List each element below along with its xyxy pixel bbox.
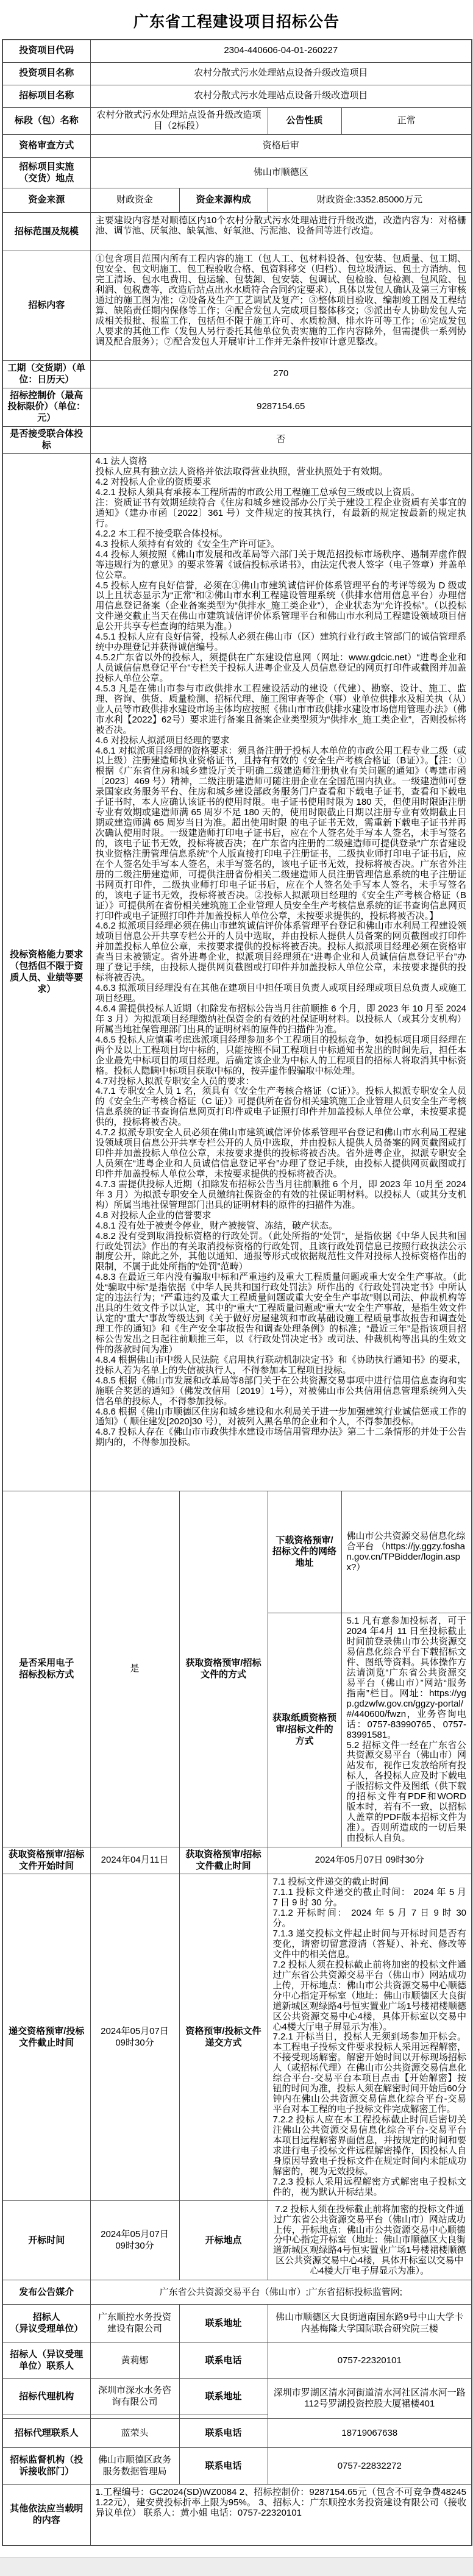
value-other-content: 1.工程编号：GC2024(SD)WZ0084 2、招标控制价：9287154.… (90, 2485, 472, 2546)
label-obtain-end-time: 获取资格预审/招标文件截止时间 (179, 1847, 268, 1874)
value-tenderer-phone: 0757-22320101 (268, 2342, 472, 2379)
label-opening-time: 开标时间 (2, 2201, 90, 2280)
value-agency: 深圳市深水水务咨询有限公司 (90, 2379, 179, 2414)
value-fund-composition: 财政资金:3352.85000万元 (268, 188, 472, 213)
value-opening-place: 7.2 投标人须在投标截止前将加密的投标文件通过广东省公共资源交易平台（佛山市）… (268, 2201, 472, 2280)
label-fund-composition: 资金来源构成 (179, 188, 268, 213)
label-fund-source: 资金来源 (2, 188, 90, 213)
value-agency-address: 深圳市罗湖区清水河街道清水河社区清水河一路112号罗湖投资控股大厦裙楼401 (268, 2379, 472, 2419)
value-tender-name: 农村分散式污水处理站点设备升级改造项目 (90, 85, 472, 107)
value-fund-source: 财政资金 (90, 188, 179, 213)
value-obtain-start-time: 2024年04月11日 (90, 1847, 179, 1874)
value-qualification-review: 资格后审 (90, 135, 472, 158)
table-row: 招标项目实施 （交货）地点 佛山市顺德区 (2, 158, 472, 188)
tender-announcement-table: 投资项目代码 2304-440606-04-01-260227 投资项目名称 农… (2, 39, 472, 2546)
value-download-url: 佛山市公共资源交易信息化综合平台 （https://jy.ggzy.foshan… (341, 1491, 472, 1613)
value-invest-name: 农村分散式污水处理站点设备升级改造项目 (90, 62, 472, 85)
label-electronic-bidding: 是否采用电子 招标投标方式 (2, 1491, 90, 1847)
table-row: 投标资格能力要求（包括但不限于资质人员、业绩等要求） 4.1 法人资格 投标人应… (2, 454, 472, 1491)
label-tender-name: 招标项目名称 (2, 85, 90, 107)
label-consortium: 是否接受联合体投标 (2, 426, 90, 454)
table-row: 资金来源 财政资金 资金来源构成 财政资金:3352.85000万元 (2, 188, 472, 213)
table-row: 发布公告媒介 广东省公共资源交易平台（佛山市）;广东省招标投标监管网; (2, 2280, 472, 2305)
label-tenderer-contact: 招标人（异议受理单位）联系人 (2, 2342, 90, 2379)
table-row: 招标项目名称 农村分散式污水处理站点设备升级改造项目 (2, 85, 472, 107)
label-scope: 招标范围及规模 (2, 213, 90, 251)
table-row: 招标代理机构 深圳市深水水务咨询有限公司 联系地址 深圳市罗湖区清水河街道清水河… (2, 2379, 472, 2414)
label-tender-content: 招标内容 (2, 251, 90, 361)
value-announcement-media: 广东省公共资源交易平台（佛山市）;广东省招标投标监管网; (90, 2280, 472, 2305)
value-duration: 270 (90, 361, 472, 388)
label-agency-phone: 联系电话 (179, 2419, 268, 2448)
table-row: 获取资格预审/招标文件开始时间 2024年04月11日 获取资格预审/招标文件截… (2, 1847, 472, 1874)
value-obtain-end-time: 2024年05月07日 09时30分 (268, 1847, 472, 1874)
table-row: 招标代理联系人 蓝荣头 联系电话 18719067638 (2, 2419, 472, 2448)
value-agency-contact: 蓝荣头 (90, 2419, 179, 2448)
label-submit-deadline: 递交资格预审/投标文件截止时间 (2, 1874, 90, 2201)
value-section-name: 农村分散式污水处理站点设备升级改造项目（2标段） (90, 107, 268, 135)
table-row: 标段（包）名称 农村分散式污水处理站点设备升级改造项目（2标段） 公告性质 正常 (2, 107, 472, 135)
label-duration: 工期（交货期）（单位：日历天） (2, 361, 90, 388)
label-tenderer-address: 联系地址 (179, 2305, 268, 2342)
label-ceiling-price: 招标控制价（最高投标限价）（单位：元） (2, 388, 90, 426)
label-agency-address: 联系地址 (179, 2379, 268, 2414)
table-row: 递交资格预审/投标文件截止时间 2024年05月07日 09时30分 资格预审/… (2, 1874, 472, 2201)
label-opening-place: 开标地点 (179, 2201, 268, 2280)
value-ceiling-price: 9287154.65 (90, 388, 472, 426)
label-qualification-requirements: 投标资格能力要求（包括但不限于资质人员、业绩等要求） (2, 454, 90, 1491)
label-invest-name: 投资项目名称 (2, 62, 90, 85)
table-row: 招标范围及规模 主要建设内容是对顺德区内10个农村分散式污水处理站进行升级改造，… (2, 213, 472, 251)
value-tenderer-address: 佛山市顺德区大良街道南国东路9号中山大学卡内基梅隆大学国际联合研究院三楼 (268, 2305, 472, 2342)
value-scope: 主要建设内容是对顺德区内10个农村分散式污水处理站进行升级改造，改造内容为：对格… (90, 213, 472, 251)
value-qualification-requirements: 4.1 法人资格 投标人应具有独立法人资格并依法取得营业执照，营业执照处于有效期… (90, 454, 472, 1491)
table-row: 招标监督机构（投诉接收部门） 佛山市顺德区政务服务数据管理局 联系电话 0757… (2, 2448, 472, 2485)
value-paper-obtain-method: 5.1 凡有意参加投标者，可于 2024 年4月 11 日至投标截止时间前登录佛… (341, 1613, 472, 1847)
value-submit-method: 7.1 投标文件递交的截止时间 7.1.1 投标文件递交的截止时间： 2024 … (268, 1874, 472, 2201)
spacer-cell (90, 2414, 179, 2419)
value-notice-nature: 正常 (341, 107, 472, 135)
table-row: 投资项目代码 2304-440606-04-01-260227 (2, 40, 472, 62)
value-project-code: 2304-440606-04-01-260227 (90, 40, 472, 62)
table-row: 招标人（异议受理单位）联系人 黄莉娜 联系电话 0757-22320101 (2, 2342, 472, 2379)
value-agency-phone: 18719067638 (268, 2419, 472, 2448)
table-row: 招标内容 ①包含项目范围内所有工程内容的施工（包人工、包材料设备、包安装、包质量… (2, 251, 472, 361)
spacer-cell (179, 2414, 268, 2419)
value-supervisor-phone: 0757-22832272 (268, 2448, 472, 2485)
label-agency-contact: 招标代理联系人 (2, 2419, 90, 2448)
label-tenderer: 招标人 （异议受理单位） (2, 2305, 90, 2342)
table-row: 工期（交货期）（单位：日历天） 270 (2, 361, 472, 388)
label-paper-obtain-method: 获取纸质资格预审/招标文件的方式 (268, 1613, 341, 1847)
label-tenderer-phone: 联系电话 (179, 2342, 268, 2379)
label-project-code: 投资项目代码 (2, 40, 90, 62)
label-announcement-media: 发布公告媒介 (2, 2280, 90, 2305)
label-download-url: 下载资格预审/招标文件的网络地址 (268, 1491, 341, 1613)
page-title: 广东省工程建设项目招标公告 (0, 0, 473, 39)
value-submit-deadline: 2024年05月07日 09时30分 (90, 1874, 179, 2201)
label-delivery-location: 招标项目实施 （交货）地点 (2, 158, 90, 188)
label-agency: 招标代理机构 (2, 2379, 90, 2414)
table-row: 开标时间 2024年05月07日 09时30分 开标地点 7.2 投标人须在投标… (2, 2201, 472, 2280)
value-consortium: 否 (90, 426, 472, 454)
value-electronic-bidding: 是 (90, 1491, 179, 1847)
spacer-cell (2, 2414, 90, 2419)
table-row: 招标控制价（最高投标限价）（单位：元） 9287154.65 (2, 388, 472, 426)
table-row: 招标人 （异议受理单位） 广东顺控水务投资建设有限公司 联系地址 佛山市顺德区大… (2, 2305, 472, 2342)
label-notice-nature: 公告性质 (268, 107, 341, 135)
label-submit-method: 资格预审/投标文件递交方式 (179, 1874, 268, 2201)
label-section-name: 标段（包）名称 (2, 107, 90, 135)
value-tenderer: 广东顺控水务投资建设有限公司 (90, 2305, 179, 2342)
table-row: 投资项目名称 农村分散式污水处理站点设备升级改造项目 (2, 62, 472, 85)
value-tender-content: ①包含项目范围内所有工程内容的施工（包人工、包材料设备、包安装、包质量、包工期、… (90, 251, 472, 361)
label-qualification-review: 资格审查方式 (2, 135, 90, 158)
table-row: 是否采用电子 招标投标方式 是 获取资格预审/招标文件的方式 下载资格预审/招标… (2, 1491, 472, 1613)
table-row: 是否接受联合体投标 否 (2, 426, 472, 454)
table-row: 资格审查方式 资格后审 (2, 135, 472, 158)
label-supervisor: 招标监督机构（投诉接收部门） (2, 2448, 90, 2485)
value-opening-time: 2024年05月07日 09时30分 (90, 2201, 179, 2280)
value-supervisor: 佛山市顺德区政务服务数据管理局 (90, 2448, 179, 2485)
value-tenderer-contact: 黄莉娜 (90, 2342, 179, 2379)
label-supervisor-phone: 联系电话 (179, 2448, 268, 2485)
value-delivery-location: 佛山市顺德区 (90, 158, 472, 188)
table-row: 其他依法应当载明的内容 1.工程编号：GC2024(SD)WZ0084 2、招标… (2, 2485, 472, 2546)
label-other-content: 其他依法应当载明的内容 (2, 2485, 90, 2546)
page-bottom-strip (0, 2557, 473, 2576)
label-obtain-method: 获取资格预审/招标文件的方式 (179, 1491, 268, 1847)
label-obtain-start-time: 获取资格预审/招标文件开始时间 (2, 1847, 90, 1874)
